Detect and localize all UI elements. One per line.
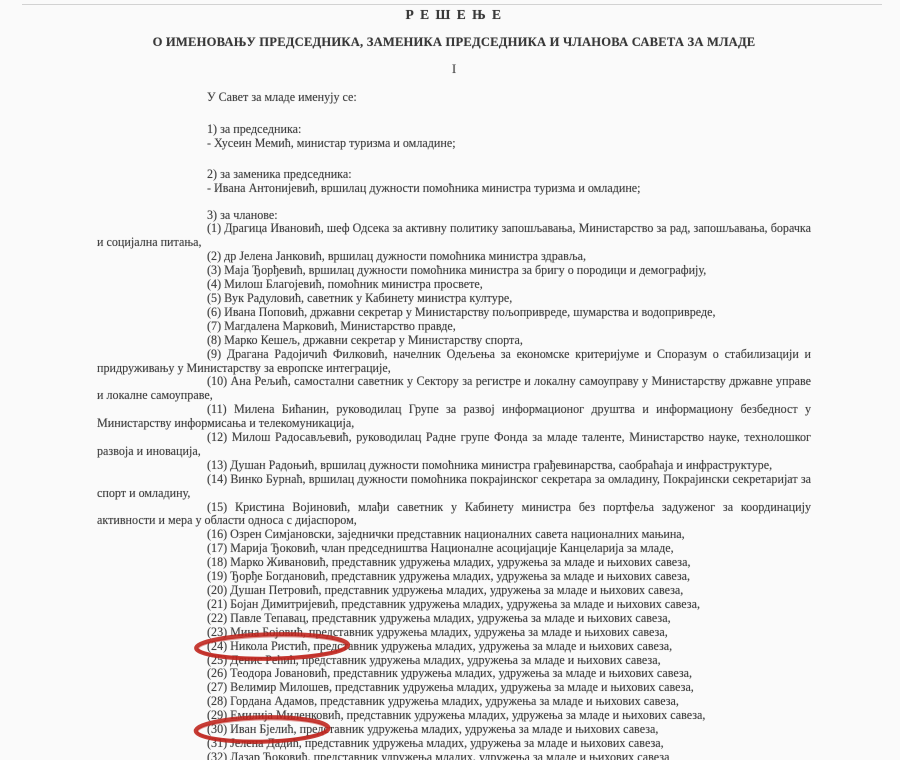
member-item: (12) Милош Радосављевић, руководилац Рад…: [97, 431, 811, 459]
member-text: (29) Емилија Миленковић, представник удр…: [207, 708, 705, 722]
member-text: (17) Марија Ђоковић, члан председништва …: [207, 541, 674, 555]
member-text: (11) Милена Бићанин, руководилац Групе з…: [97, 402, 811, 430]
member-text: (31) Јелена Дадић, представник удружења …: [207, 736, 664, 750]
member-item: (28) Гордана Адамов, представник удружењ…: [97, 695, 811, 709]
member-text: (7) Магдалена Марковић, Министарство пра…: [207, 319, 456, 333]
member-text-rest: дставник удружења младих, удружења за мл…: [317, 722, 658, 736]
decision-title: Р Е Ш Е Њ Е: [97, 7, 811, 23]
member-item: (29) Емилија Миленковић, представник удр…: [97, 709, 811, 723]
member-item: (4) Милош Благојевић, помоћник министра …: [97, 278, 811, 292]
member-item: (15) Кристина Војиновић, млађи саветник …: [97, 501, 811, 529]
section-numeral: I: [97, 61, 811, 77]
member-text: (6) Ивана Поповић, државни секретар у Ми…: [207, 305, 716, 319]
member-item: (14) Винко Бурнаћ, вршилац дужности помо…: [97, 473, 811, 501]
circled-name: (30) Иван Бјелић, пре: [207, 722, 317, 736]
member-item-circled: (24) Никола Ристић, представник удружења…: [97, 640, 811, 654]
member-item: (27) Велимир Милошев, представник удруже…: [97, 681, 811, 695]
member-text-circled-part: (30) Иван Бјелић, пре: [207, 722, 317, 736]
member-text: (3) Маја Ђорђевић, вршилац дужности помо…: [207, 263, 706, 277]
group2-line: - Ивана Антонијевић, вршилац дужности по…: [97, 182, 811, 196]
member-text: (22) Павле Тепавац, представник удружења…: [207, 611, 671, 625]
member-text: (13) Душан Радоњић, вршилац дужности пом…: [207, 458, 772, 472]
member-item: (23) Мина Бојовић, представник удружења …: [97, 626, 811, 640]
circled-name: (24) Никола Ристић, пред: [207, 639, 337, 653]
member-text: (21) Бојан Димитријевић, представник удр…: [207, 597, 700, 611]
members-list: (1) Драгица Ивановић, шеф Одсека за акти…: [97, 222, 811, 760]
member-text: (20) Душан Петровић, представник удружењ…: [207, 583, 683, 597]
member-text: (23) Мина Бојовић, представник удружења …: [207, 625, 668, 639]
member-text-rest: ставник удружења младих, удружења за мла…: [337, 639, 672, 653]
member-text: (26) Теодора Јовановић, представник удру…: [207, 666, 692, 680]
member-text: (28) Гордана Адамов, представник удружењ…: [207, 694, 679, 708]
member-item: (13) Душан Радоњић, вршилац дужности пом…: [97, 459, 811, 473]
member-item: (32) Лазар Ђоковић, представник удружења…: [97, 751, 811, 760]
member-text: (32) Лазар Ђоковић, представник удружења…: [207, 750, 669, 760]
group1-line: - Хусеин Мемић, министар туризма и омлад…: [97, 137, 811, 151]
member-item: (8) Марко Кешељ, државни секретар у Мини…: [97, 334, 811, 348]
member-item: (5) Вук Радуловић, саветник у Кабинету м…: [97, 292, 811, 306]
member-item: (9) Драгана Радојичић Филковић, начелник…: [97, 348, 811, 376]
member-text: (19) Ђорђе Богдановић, представник удруж…: [207, 569, 690, 583]
member-item: (17) Марија Ђоковић, члан председништва …: [97, 542, 811, 556]
member-item: (16) Озрен Симјановски, заједнички предс…: [97, 528, 811, 542]
member-text: (14) Винко Бурнаћ, вршилац дужности помо…: [97, 472, 811, 500]
document-content: Р Е Ш Е Њ Е О ИМЕНОВАЊУ ПРЕДСЕДНИКА, ЗАМ…: [97, 0, 811, 760]
member-item: (2) др Јелена Јанковић, вршилац дужности…: [97, 250, 811, 264]
member-text: (2) др Јелена Јанковић, вршилац дужности…: [207, 249, 586, 263]
group2-heading: 2) за заменика председника:: [97, 168, 811, 182]
member-item: (22) Павле Тепавац, представник удружења…: [97, 612, 811, 626]
document-page: Р Е Ш Е Њ Е О ИМЕНОВАЊУ ПРЕДСЕДНИКА, ЗАМ…: [0, 0, 900, 760]
group1-heading: 1) за председника:: [97, 123, 811, 137]
member-item: (20) Душан Петровић, представник удружењ…: [97, 584, 811, 598]
group3-heading: 3) за чланове:: [97, 209, 811, 223]
member-item: (10) Ана Рељић, самостални саветник у Се…: [97, 375, 811, 403]
member-text: (12) Милош Радосављевић, руководилац Рад…: [97, 430, 811, 458]
member-text: (8) Марко Кешељ, државни секретар у Мини…: [207, 333, 523, 347]
member-text: (18) Марко Живановић, представник удруже…: [207, 555, 690, 569]
member-text: (5) Вук Радуловић, саветник у Кабинету м…: [207, 291, 512, 305]
intro-line: У Савет за младе именују се:: [97, 91, 811, 105]
member-text: (10) Ана Рељић, самостални саветник у Се…: [97, 374, 811, 402]
member-text: (4) Милош Благојевић, помоћник министра …: [207, 277, 483, 291]
member-item: (21) Бојан Димитријевић, представник удр…: [97, 598, 811, 612]
member-item: (31) Јелена Дадић, представник удружења …: [97, 737, 811, 751]
member-item-circled: (30) Иван Бјелић, представник удружења м…: [97, 723, 811, 737]
member-text: (25) Денис Рећић, представник удружења м…: [207, 653, 661, 667]
member-item: (18) Марко Живановић, представник удруже…: [97, 556, 811, 570]
member-item: (11) Милена Бићанин, руководилац Групе з…: [97, 403, 811, 431]
member-item: (19) Ђорђе Богдановић, представник удруж…: [97, 570, 811, 584]
decision-subtitle: О ИМЕНОВАЊУ ПРЕДСЕДНИКА, ЗАМЕНИКА ПРЕДСЕ…: [97, 35, 811, 50]
member-item: (25) Денис Рећић, представник удружења м…: [97, 654, 811, 668]
member-item: (7) Магдалена Марковић, Министарство пра…: [97, 320, 811, 334]
member-text: (9) Драгана Радојичић Филковић, начелник…: [97, 347, 811, 375]
member-text: (27) Велимир Милошев, представник удруже…: [207, 680, 694, 694]
member-item: (3) Маја Ђорђевић, вршилац дужности помо…: [97, 264, 811, 278]
member-text: (15) Кристина Војиновић, млађи саветник …: [97, 500, 811, 528]
member-text: (16) Озрен Симјановски, заједнички предс…: [207, 527, 685, 541]
member-item: (6) Ивана Поповић, државни секретар у Ми…: [97, 306, 811, 320]
member-item: (26) Теодора Јовановић, представник удру…: [97, 667, 811, 681]
member-text-circled-part: (24) Никола Ристић, пред: [207, 639, 337, 653]
member-text: (1) Драгица Ивановић, шеф Одсека за акти…: [97, 221, 811, 249]
decision-body: У Савет за младе именују се: 1) за предс…: [97, 91, 811, 760]
member-item: (1) Драгица Ивановић, шеф Одсека за акти…: [97, 222, 811, 250]
